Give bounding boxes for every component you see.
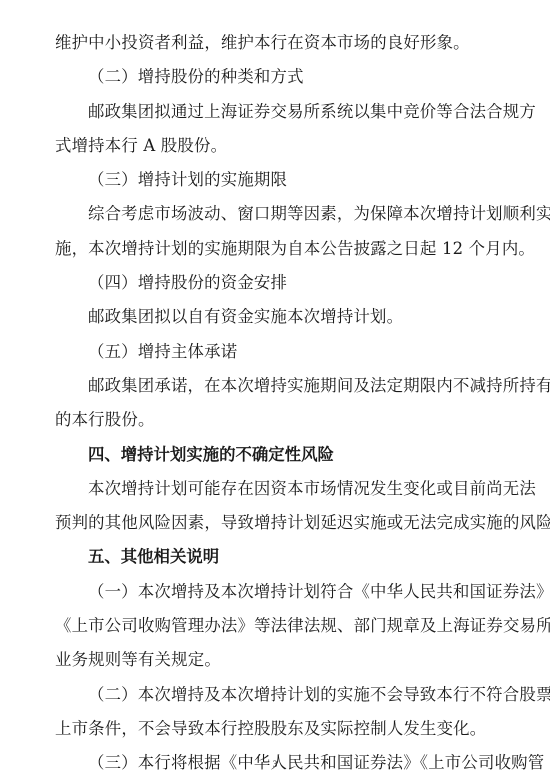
document-page: 维护中小投资者利益，维护本行在资本市场的良好形象。 （二）增持股份的种类和方式 … <box>55 26 498 778</box>
paragraph-line-4: 式增持本行 A 股股份。 <box>55 129 498 163</box>
paragraph-line-19: 业务规则等有关规定。 <box>55 643 498 677</box>
paragraph-line-15: 预判的其他风险因素，导致增持计划延迟实施或无法完成实施的风险。 <box>55 506 498 540</box>
paragraph-line-21: 上市条件，不会导致本行控股股东及实际控制人发生变化。 <box>55 712 498 746</box>
paragraph-line-1: 维护中小投资者利益，维护本行在资本市场的良好形象。 <box>55 26 498 60</box>
subheading-implementation-period: （三）增持计划的实施期限 <box>55 163 498 197</box>
page-number: 3 <box>0 759 550 769</box>
subheading-funding-arrangement: （四）增持股份的资金安排 <box>55 266 498 300</box>
paragraph-line-20: （二）本次增持及本次增持计划的实施不会导致本行不符合股票 <box>55 678 531 712</box>
paragraph-line-11: 邮政集团承诺，在本次增持实施期间及法定期限内不减持所持有 <box>55 369 531 403</box>
subheading-share-type: （二）增持股份的种类和方式 <box>55 60 498 94</box>
paragraph-line-12: 的本行股份。 <box>55 403 498 437</box>
paragraph-line-6: 综合考虑市场波动、窗口期等因素，为保障本次增持计划顺利实 <box>55 197 531 231</box>
paragraph-line-14: 本次增持计划可能存在因资本市场情况发生变化或目前尚无法 <box>55 472 531 506</box>
paragraph-line-17: （一）本次增持及本次增持计划符合《中华人民共和国证券法》 <box>55 575 531 609</box>
paragraph-line-3: 邮政集团拟通过上海证券交易所系统以集中竞价等合法合规方 <box>55 95 531 129</box>
subheading-commitment: （五）增持主体承诺 <box>55 335 498 369</box>
paragraph-line-18: 《上市公司收购管理办法》等法律法规、部门规章及上海证券交易所 <box>55 609 498 643</box>
paragraph-line-9: 邮政集团拟以自有资金实施本次增持计划。 <box>55 300 498 334</box>
section-heading-risk: 四、增持计划实施的不确定性风险 <box>55 438 498 472</box>
paragraph-line-7: 施，本次增持计划的实施期限为自本公告披露之日起 12 个月内。 <box>55 232 498 266</box>
section-heading-other-notes: 五、其他相关说明 <box>55 540 498 574</box>
